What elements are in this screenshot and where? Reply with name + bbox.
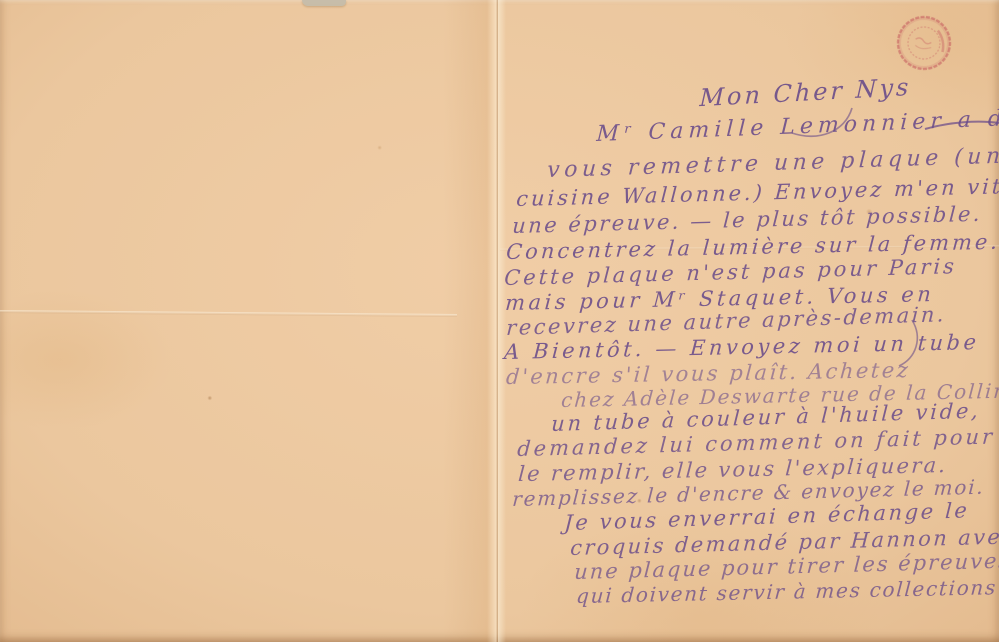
salutation-line: Mon Cher Nys [699,73,912,112]
collection-stamp-icon [890,9,959,78]
letter-scan: Mon Cher Nys Mʳ Camille Lemonnier a dû v… [0,0,999,642]
paper-tear-mark [302,0,346,6]
horizontal-crease-left-page [0,310,457,317]
center-fold-shadow [443,0,498,642]
center-fold-highlight [498,0,506,642]
letter-line: Mʳ Camille Lemonnier a dû [596,105,999,147]
